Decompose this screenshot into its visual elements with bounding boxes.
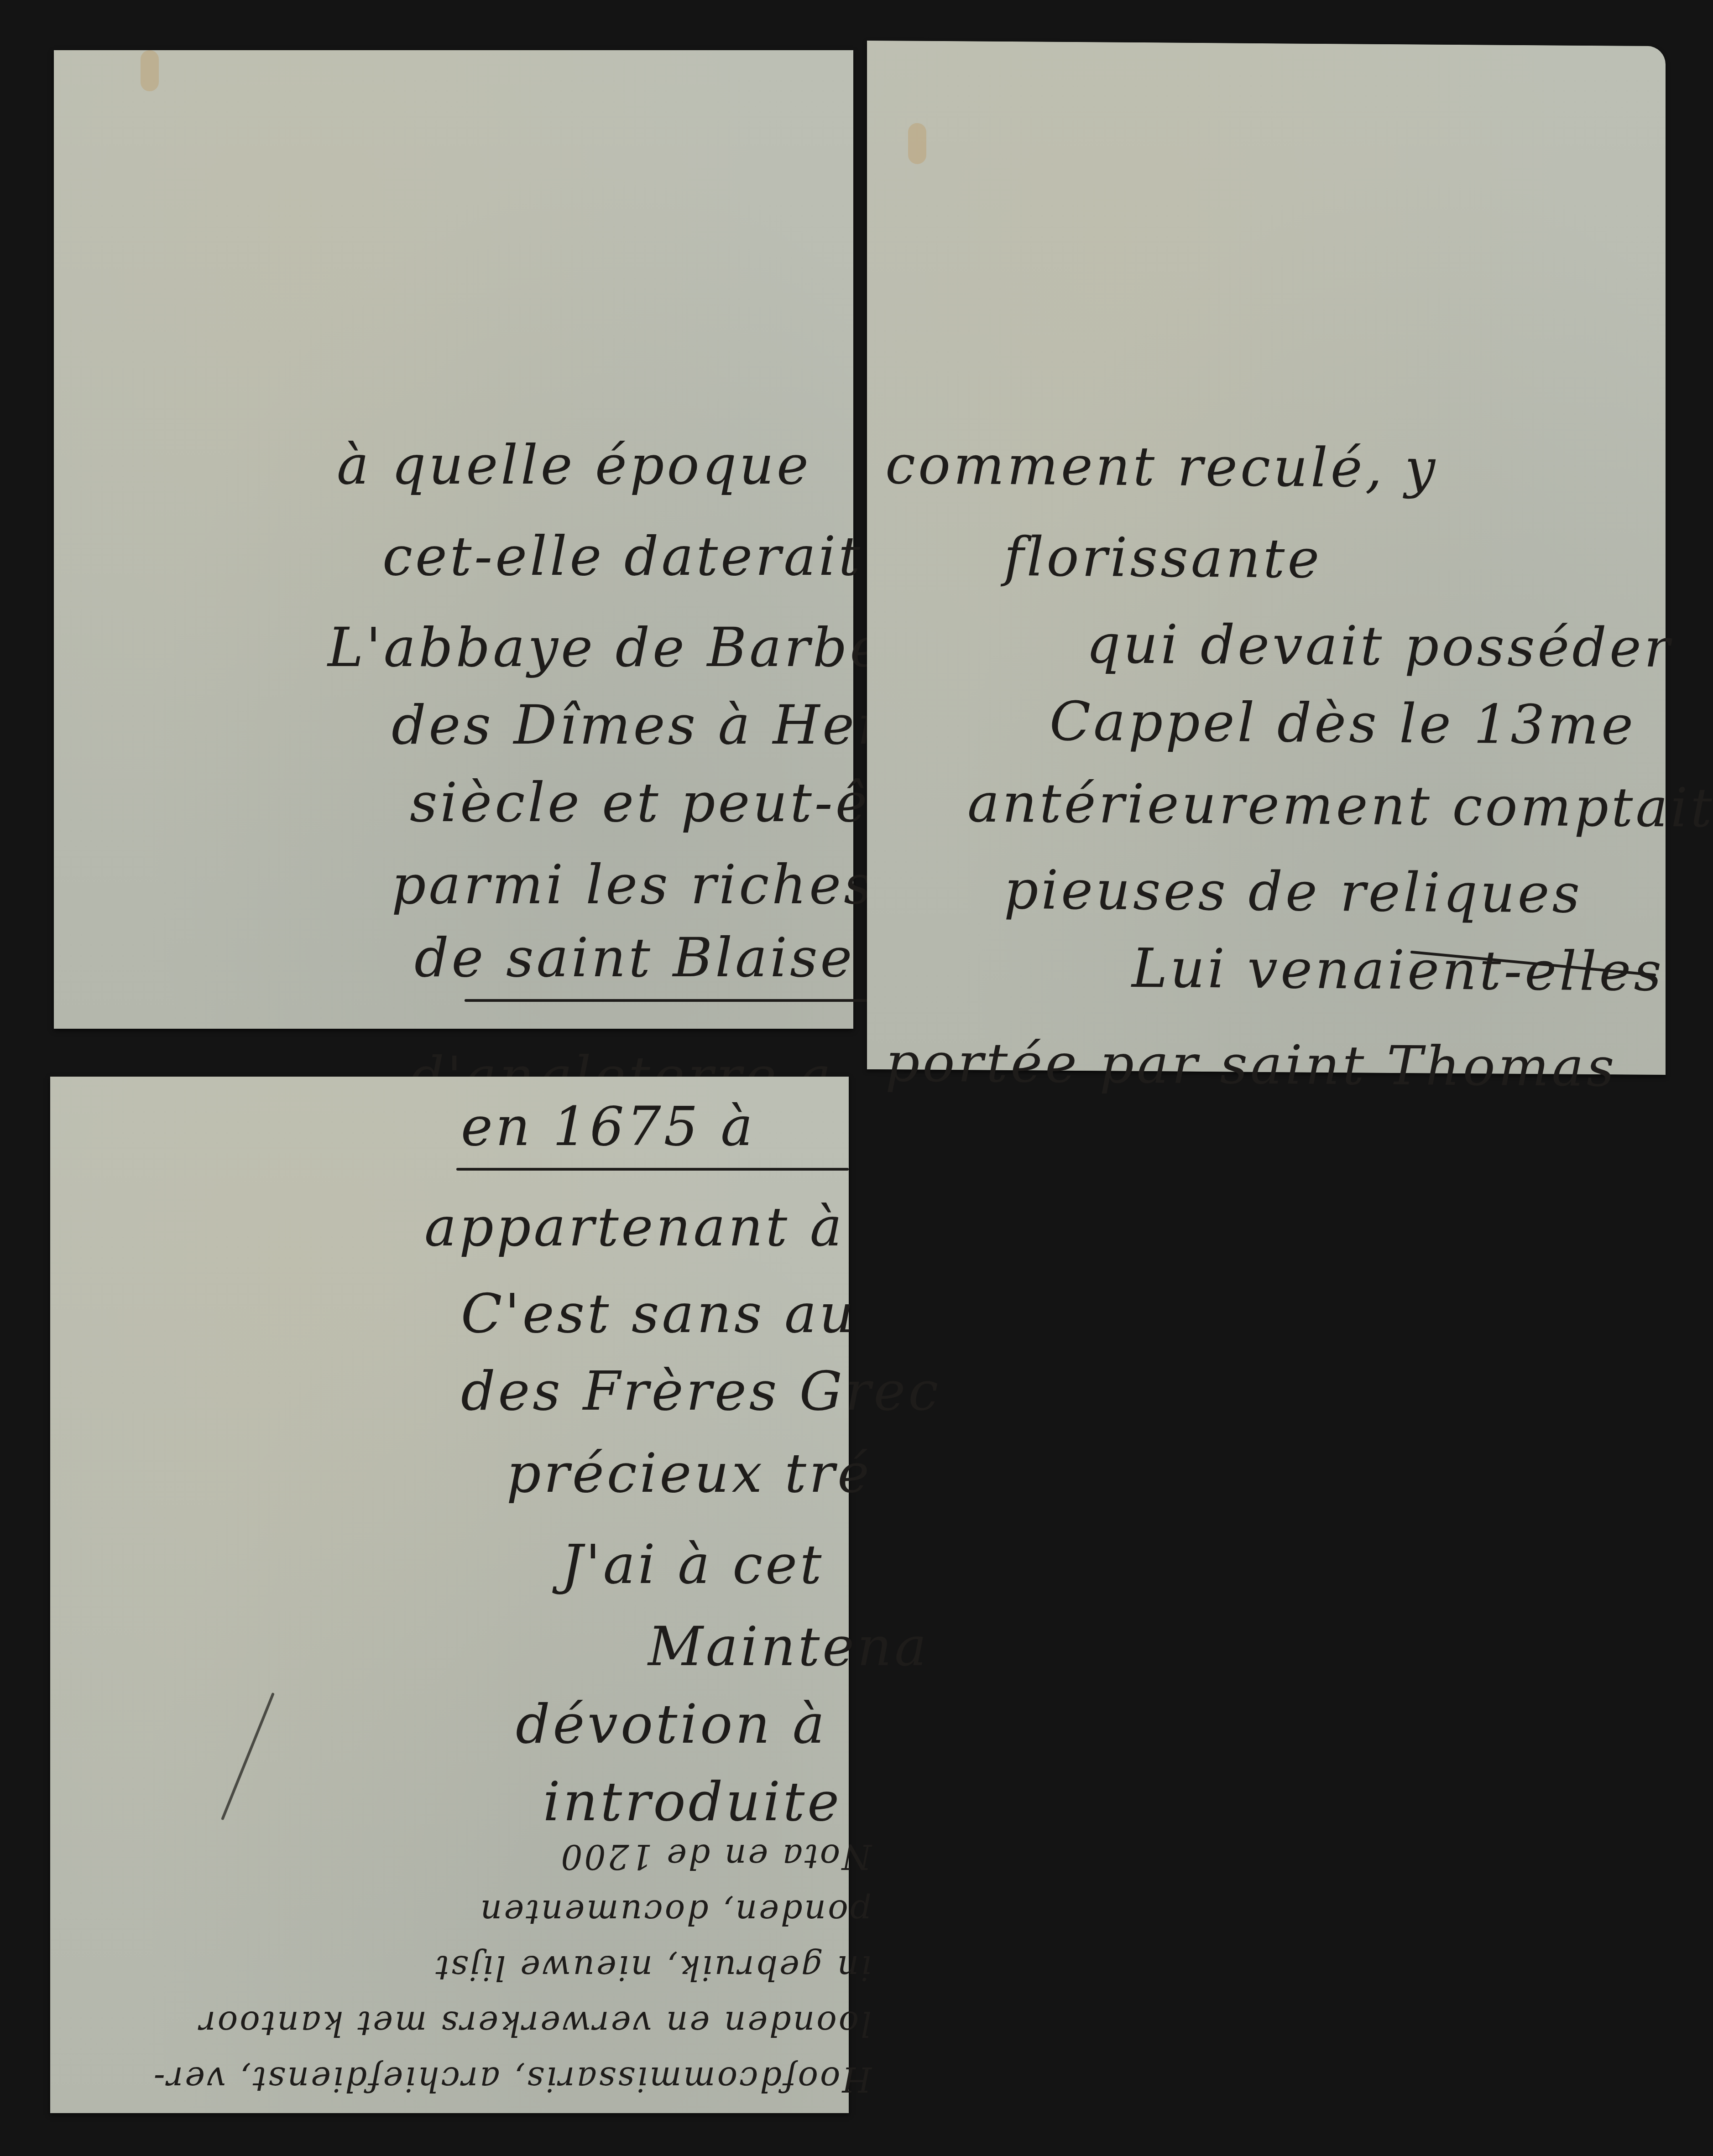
text-line: qui devait posséder — [1086, 612, 1672, 679]
text-line: en 1675 à — [461, 1095, 756, 1158]
text-line: pieuses de reliques — [1004, 858, 1582, 925]
manuscript-page-top-right: comment reculé, y florissante qui devait… — [867, 41, 1666, 1075]
text-line: C'est sans au — [461, 1282, 856, 1345]
text-line: L'abbaye de Barbery — [328, 616, 946, 679]
manuscript-page-top-left: à quelle époque cet-elle daterait L'abba… — [54, 50, 853, 1029]
paper-stain — [141, 50, 159, 91]
paper-stain — [908, 123, 926, 164]
text-line: appartenant à — [424, 1195, 845, 1258]
text-line: florissante — [1004, 525, 1322, 590]
text-line: portée par saint Thomas — [885, 1031, 1617, 1099]
underline-stroke — [456, 1168, 849, 1171]
text-line: précieux tré — [507, 1442, 872, 1505]
text-line: des Frères Grec — [461, 1359, 941, 1422]
pencil-mark — [221, 1693, 275, 1820]
text-line: à quelle époque — [337, 433, 811, 496]
text-line: parmi les riches — [392, 853, 874, 916]
text-line: dévotion à — [516, 1693, 827, 1755]
annotation-line: Nota en de 1200 — [351, 1837, 872, 1876]
annotation-line: in gebruik, nieuwe lijst — [351, 1948, 872, 1987]
text-line: Cappel dès le 13me — [1050, 690, 1636, 757]
annotation-line: Hoofdcommissaris, archiefdienst, ver- — [351, 2059, 872, 2099]
text-line: comment reculé, y — [885, 433, 1438, 500]
text-line: J'ai à cet — [561, 1533, 825, 1596]
text-line: antérieurement comptait — [967, 771, 1713, 839]
text-line: introduite — [543, 1770, 842, 1833]
text-line: de saint Blaise — [414, 926, 855, 989]
annotation-line: loonden en verwerkers met kantoor — [351, 2004, 872, 2043]
text-line: Maintena — [648, 1615, 930, 1678]
annotation-line: ponden, documenten — [351, 1892, 872, 1932]
text-line: cet-elle daterait — [382, 525, 863, 588]
text-line: Lui venaient-elles — [1132, 937, 1664, 1003]
upside-down-annotation: Hoofdcommissaris, archiefdienst, ver- lo… — [351, 1843, 872, 2099]
